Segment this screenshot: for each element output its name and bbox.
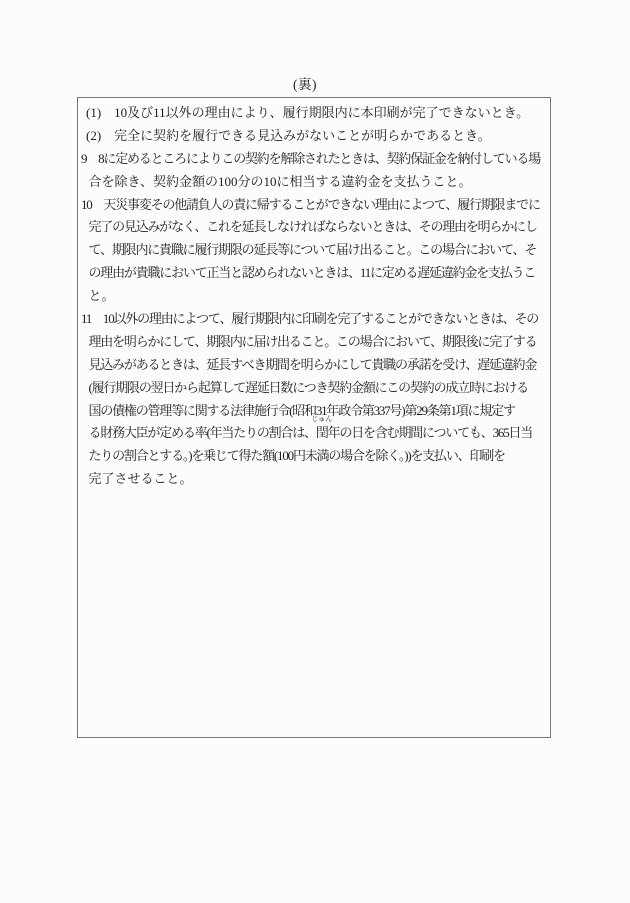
text-line: 11 10以外の理由によつて、履行期限内に印刷を完了することができないときは、そ…: [81, 308, 550, 331]
text-line: 見込みがあるときは、延長すべき期間を明らかにして貴職の承諾を受け、遅延違約金: [89, 354, 551, 377]
text-line: て、期限内に貴職に履行期限の延長等について届け出ること。この場合において、そ: [89, 239, 551, 262]
document-frame: (1) 10及び11以外の理由により、履行期限内に本印刷が完了できないとき。(2…: [77, 97, 551, 738]
text-line: の理由が貴職において正当と認められないときは、11に定める遅延違約金を支払うこ: [89, 262, 551, 285]
document-lines: (1) 10及び11以外の理由により、履行期限内に本印刷が完了できないとき。(2…: [81, 102, 550, 491]
text-line: (1) 10及び11以外の理由により、履行期限内に本印刷が完了できないとき。: [86, 102, 550, 125]
text-line: 完了の見込みがなく、これを延長しなければならないときは、その理由を明らかにし: [89, 216, 551, 239]
text-line: (履行期限の翌日から起算して遅延日数につき契約金額にこの契約の成立時における: [89, 377, 551, 400]
ruby-base: 閏じゅん: [316, 422, 328, 445]
text-line: 理由を明らかにして、期限内に届け出ること。この場合において、期限後に完了する: [89, 331, 551, 354]
text-line: 9 8に定めるところによりこの契約を解除されたときは、契約保証金を納付している場: [81, 148, 550, 171]
text-line: と。: [89, 285, 551, 308]
text-line: 10 天災事変その他請負人の責に帰することができない理由によつて、履行期限までに: [81, 194, 550, 217]
text-line: 完了させること。: [89, 468, 551, 491]
ruby-furigana: じゅん: [311, 416, 332, 423]
text-line: たりの割合とする。)を乗じて得た額(100円未満の場合を除く。))を支払い、印刷…: [89, 445, 551, 468]
text-line: (2) 完全に契約を履行できる見込みがないことが明らかであるとき。: [86, 125, 550, 148]
text-line: 合を除き、契約金額の100分の10に相当する違約金を支払うこと。: [89, 171, 551, 194]
text-line: る財務大臣が定める率(年当たりの割合は、閏じゅん年の日を含む期間についても、36…: [89, 422, 551, 445]
back-side-label: (裏): [0, 77, 610, 92]
